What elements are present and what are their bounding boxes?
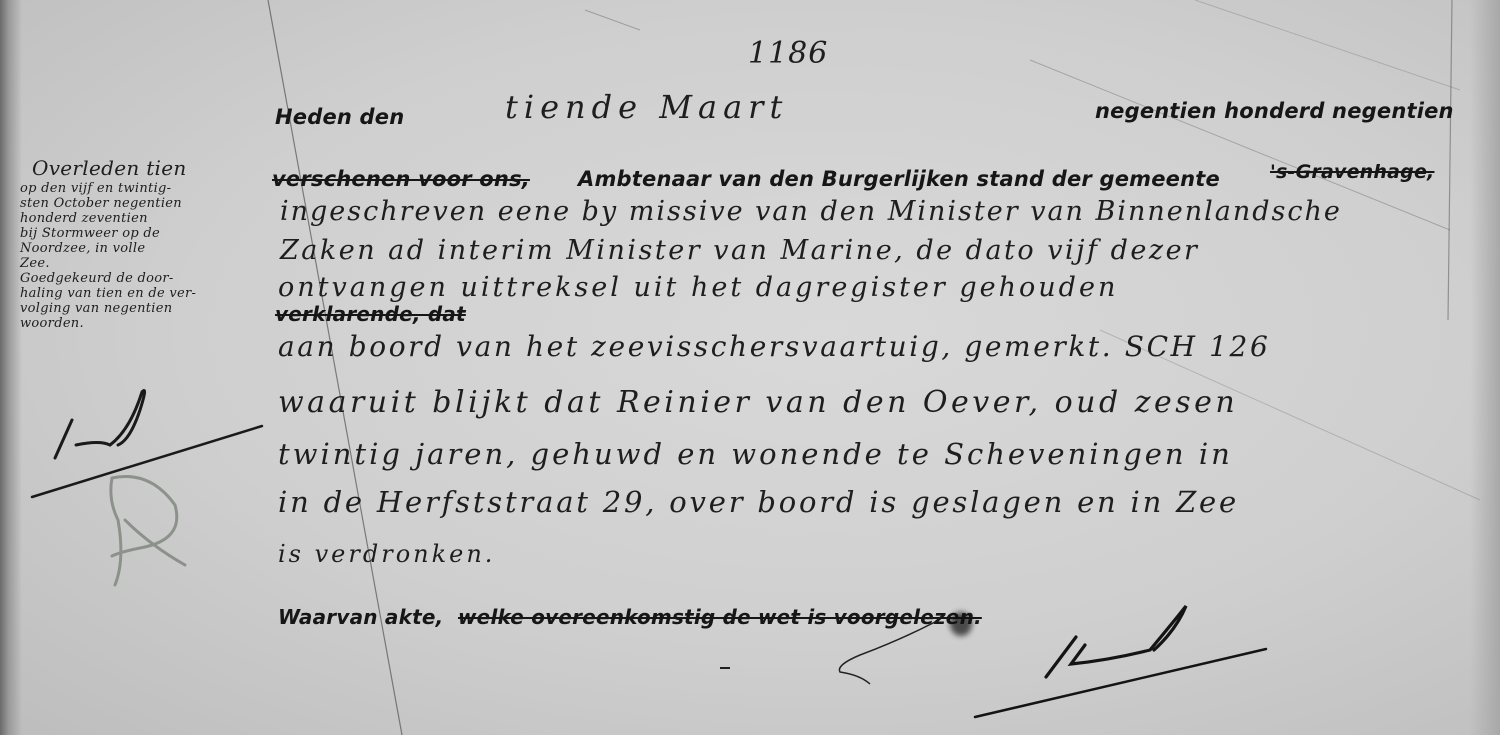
signatures-and-marks	[0, 0, 1500, 735]
pencil-r-mark	[111, 477, 185, 585]
main-signature	[975, 606, 1266, 717]
scanned-document-page: 1186 Heden den tiende Maart negentien ho…	[0, 0, 1500, 735]
footer-flourish	[839, 622, 935, 684]
